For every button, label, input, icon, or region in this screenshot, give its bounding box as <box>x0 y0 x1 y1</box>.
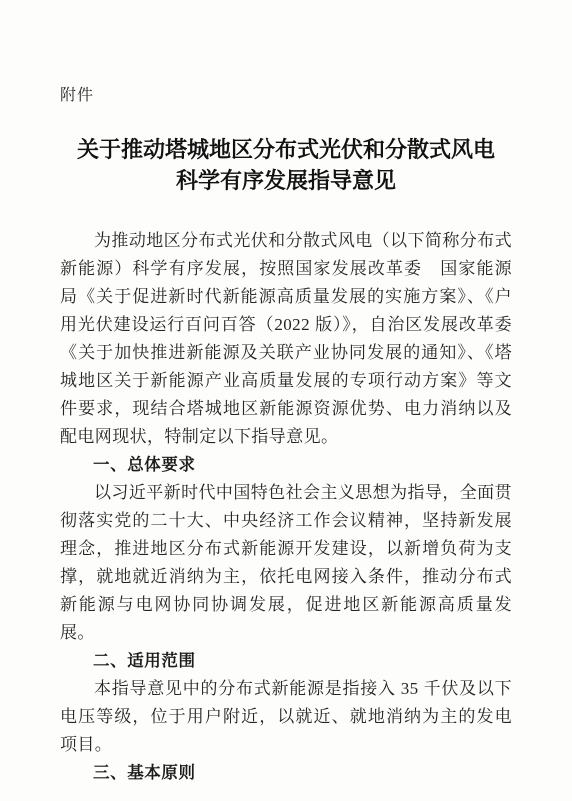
section-heading-overall-requirements: 一、总体要求 <box>60 451 512 479</box>
document-title: 关于推动塔城地区分布式光伏和分散式风电 科学有序发展指导意见 <box>60 134 512 196</box>
document-title-line-2: 科学有序发展指导意见 <box>60 165 512 196</box>
paragraph-scope: 本指导意见中的分布式新能源是指接入 35 千伏及以下电压等级，位于用户附近，以就… <box>60 675 512 759</box>
attachment-label: 附件 <box>60 86 512 106</box>
document-page: 附件 关于推动塔城地区分布式光伏和分散式风电 科学有序发展指导意见 为推动地区分… <box>0 0 572 801</box>
document-title-line-1: 关于推动塔城地区分布式光伏和分散式风电 <box>60 134 512 165</box>
paragraph-overall-requirements: 以习近平新时代中国特色社会主义思想为指导，全面贯彻落实党的二十大、中央经济工作会… <box>60 479 512 647</box>
section-heading-basic-principles: 三、基本原则 <box>60 759 512 787</box>
document-content: 附件 关于推动塔城地区分布式光伏和分散式风电 科学有序发展指导意见 为推动地区分… <box>60 0 512 787</box>
document-body: 为推动地区分布式光伏和分散式风电（以下简称分布式新能源）科学有序发展，按照国家发… <box>60 227 512 787</box>
section-heading-scope: 二、适用范围 <box>60 647 512 675</box>
paragraph-intro: 为推动地区分布式光伏和分散式风电（以下简称分布式新能源）科学有序发展，按照国家发… <box>60 227 512 451</box>
